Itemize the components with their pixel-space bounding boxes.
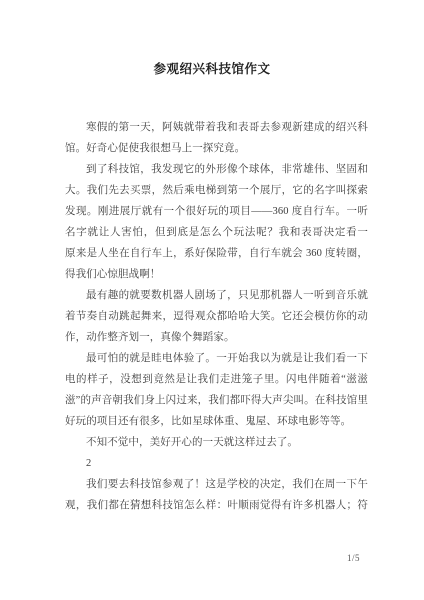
text-line: 馆。好奇心促使我很想马上一探究竟。 <box>65 138 368 159</box>
text-line: 着节奏自动跳起舞来，逗得观众都哈哈大笑。它还会模仿你的动 <box>65 306 368 327</box>
document-page: 参观绍兴科技馆作文 寒假的第一天，阿姨就带着我和表哥去参观新建成的绍兴科技馆。好… <box>0 0 424 600</box>
text-line: 滋”的声音朝我们身上闪过来，我们都吓得大声尖叫。在科技馆里 <box>65 390 368 411</box>
text-line: 2 <box>65 453 368 474</box>
text-line: 好玩的项目还有很多，比如星球体重、鬼屋、环球电影等等。 <box>65 411 368 432</box>
text-line: 最可怕的就是眭电体验了。一开始我以为就是让我们看一下雷 <box>65 348 368 369</box>
essay-title: 参观绍兴科技馆作文 <box>0 0 424 77</box>
text-line: 名字就让人害怕，但到底是怎么个玩法呢？我和表哥决定看一下， <box>65 222 368 243</box>
text-line: 寒假的第一天，阿姨就带着我和表哥去参观新建成的绍兴科技 <box>65 117 368 138</box>
text-line: 观，我们都在猜想科技馆怎么样：叶顺雨觉得有许多机器人；符彤 <box>65 495 368 516</box>
text-line: 原来是人坐在自行车上，系好保险带，自行车就会 360 度转圈，看 <box>65 243 368 264</box>
text-line: 电的样子，没想到竟然是让我们走进笼子里。闪电伴随着“滋滋 <box>65 369 368 390</box>
text-line: 到了科技馆，我发现它的外形像个球体，非常雄伟、坚固和高 <box>65 159 368 180</box>
text-line: 发现。刚进展厅就有一个很好玩的项目——360 度自行车。一听这 <box>65 201 368 222</box>
page-number-indicator: 1/5 <box>347 553 360 564</box>
text-line: 不知不觉中，美好开心的一天就这样过去了。 <box>65 432 368 453</box>
text-line: 得我们心惊胆战啊！ <box>65 264 368 285</box>
text-line: 大。我们先去买票，然后乘电梯到第一个展厅，它的名字叫探索与 <box>65 180 368 201</box>
text-line: 作，动作整齐划一，真像个舞蹈家。 <box>65 327 368 348</box>
text-line: 最有趣的就要数机器人剧场了，只见那机器人一听到音乐就跟 <box>65 285 368 306</box>
essay-body: 寒假的第一天，阿姨就带着我和表哥去参观新建成的绍兴科技馆。好奇心促使我很想马上一… <box>65 117 368 516</box>
text-line: 我们要去科技馆参观了！这是学校的决定，我们在周一下午参 <box>65 474 368 495</box>
